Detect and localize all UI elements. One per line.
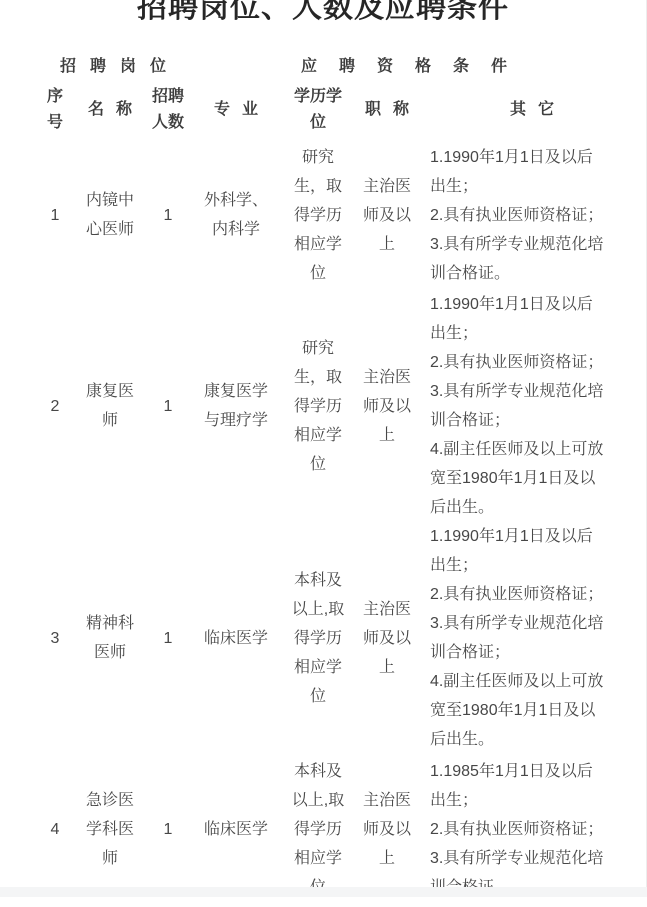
- recruitment-table: 招聘岗位 应聘资格条件 序 号 名称 招聘 人数 专业 学历学 位 职称 其它 …: [40, 46, 640, 904]
- col-header-headcount: 招聘 人数: [150, 80, 186, 140]
- cell-title-rank: 主治医 师及以 上: [350, 140, 424, 290]
- cell-headcount: 1: [150, 754, 186, 904]
- cell-education: 研究 生，取 得学历 相应学 位: [286, 290, 350, 522]
- cell-major: 临床医学: [186, 754, 286, 904]
- table-row: 2 康复医 师 1 康复医学 与理疗学 研究 生，取 得学历 相应学 位 主治医…: [40, 290, 640, 522]
- group-header-position: 招聘岗位: [40, 46, 186, 80]
- cell-position-name: 康复医 师: [70, 290, 150, 522]
- bottom-page-strip: [0, 887, 647, 897]
- cell-title-rank: 主治医 师及以 上: [350, 290, 424, 522]
- table-column-header-row: 序 号 名称 招聘 人数 专业 学历学 位 职称 其它: [40, 80, 640, 140]
- table-row: 3 精神科 医师 1 临床医学 本科及 以上,取 得学历 相应学 位 主治医 师…: [40, 522, 640, 754]
- cell-position-name: 精神科 医师: [70, 522, 150, 754]
- cell-education: 本科及 以上,取 得学历 相应学 位: [286, 522, 350, 754]
- cell-title-rank: 主治医 师及以 上: [350, 754, 424, 904]
- cell-title-rank: 主治医 师及以 上: [350, 522, 424, 754]
- cell-major: 临床医学: [186, 522, 286, 754]
- col-header-position-name: 名称: [70, 80, 150, 140]
- cell-serial: 3: [40, 522, 70, 754]
- table-row: 4 急诊医 学科医 师 1 临床医学 本科及 以上,取 得学历 相应学 位 主治…: [40, 754, 640, 904]
- cell-other: 1.1990年1月1日及以后 出生； 2.具有执业医师资格证； 3.具有所学专业…: [424, 290, 640, 522]
- table-group-header-row: 招聘岗位 应聘资格条件: [40, 46, 640, 80]
- cell-education: 研究 生，取 得学历 相应学 位: [286, 140, 350, 290]
- cell-headcount: 1: [150, 522, 186, 754]
- cell-other: 1.1990年1月1日及以后 出生； 2.具有执业医师资格证； 3.具有所学专业…: [424, 522, 640, 754]
- cell-other: 1.1985年1月1日及以后 出生； 2.具有执业医师资格证； 3.具有所学专业…: [424, 754, 640, 904]
- cell-position-name: 急诊医 学科医 师: [70, 754, 150, 904]
- cell-major: 外科学、 内科学: [186, 140, 286, 290]
- cell-serial: 1: [40, 140, 70, 290]
- cell-position-name: 内镜中 心医师: [70, 140, 150, 290]
- group-header-qualifications: 应聘资格条件: [186, 46, 640, 80]
- document-page: 招聘岗位、人数及应聘条件 招聘岗位 应聘资格条件 序 号 名称 招聘 人数 专业…: [0, 0, 647, 897]
- col-header-education: 学历学 位: [286, 80, 350, 140]
- cell-education: 本科及 以上,取 得学历 相应学 位: [286, 754, 350, 904]
- col-header-serial: 序 号: [40, 80, 70, 140]
- cell-other: 1.1990年1月1日及以后 出生； 2.具有执业医师资格证； 3.具有所学专业…: [424, 140, 640, 290]
- cell-headcount: 1: [150, 290, 186, 522]
- cell-serial: 2: [40, 290, 70, 522]
- col-header-major: 专业: [186, 80, 286, 140]
- col-header-title-rank: 职称: [350, 80, 424, 140]
- table-row: 1 内镜中 心医师 1 外科学、 内科学 研究 生，取 得学历 相应学 位 主治…: [40, 140, 640, 290]
- cell-major: 康复医学 与理疗学: [186, 290, 286, 522]
- col-header-other: 其它: [424, 80, 640, 140]
- page-title: 招聘岗位、人数及应聘条件: [0, 0, 646, 26]
- cell-serial: 4: [40, 754, 70, 904]
- cell-headcount: 1: [150, 140, 186, 290]
